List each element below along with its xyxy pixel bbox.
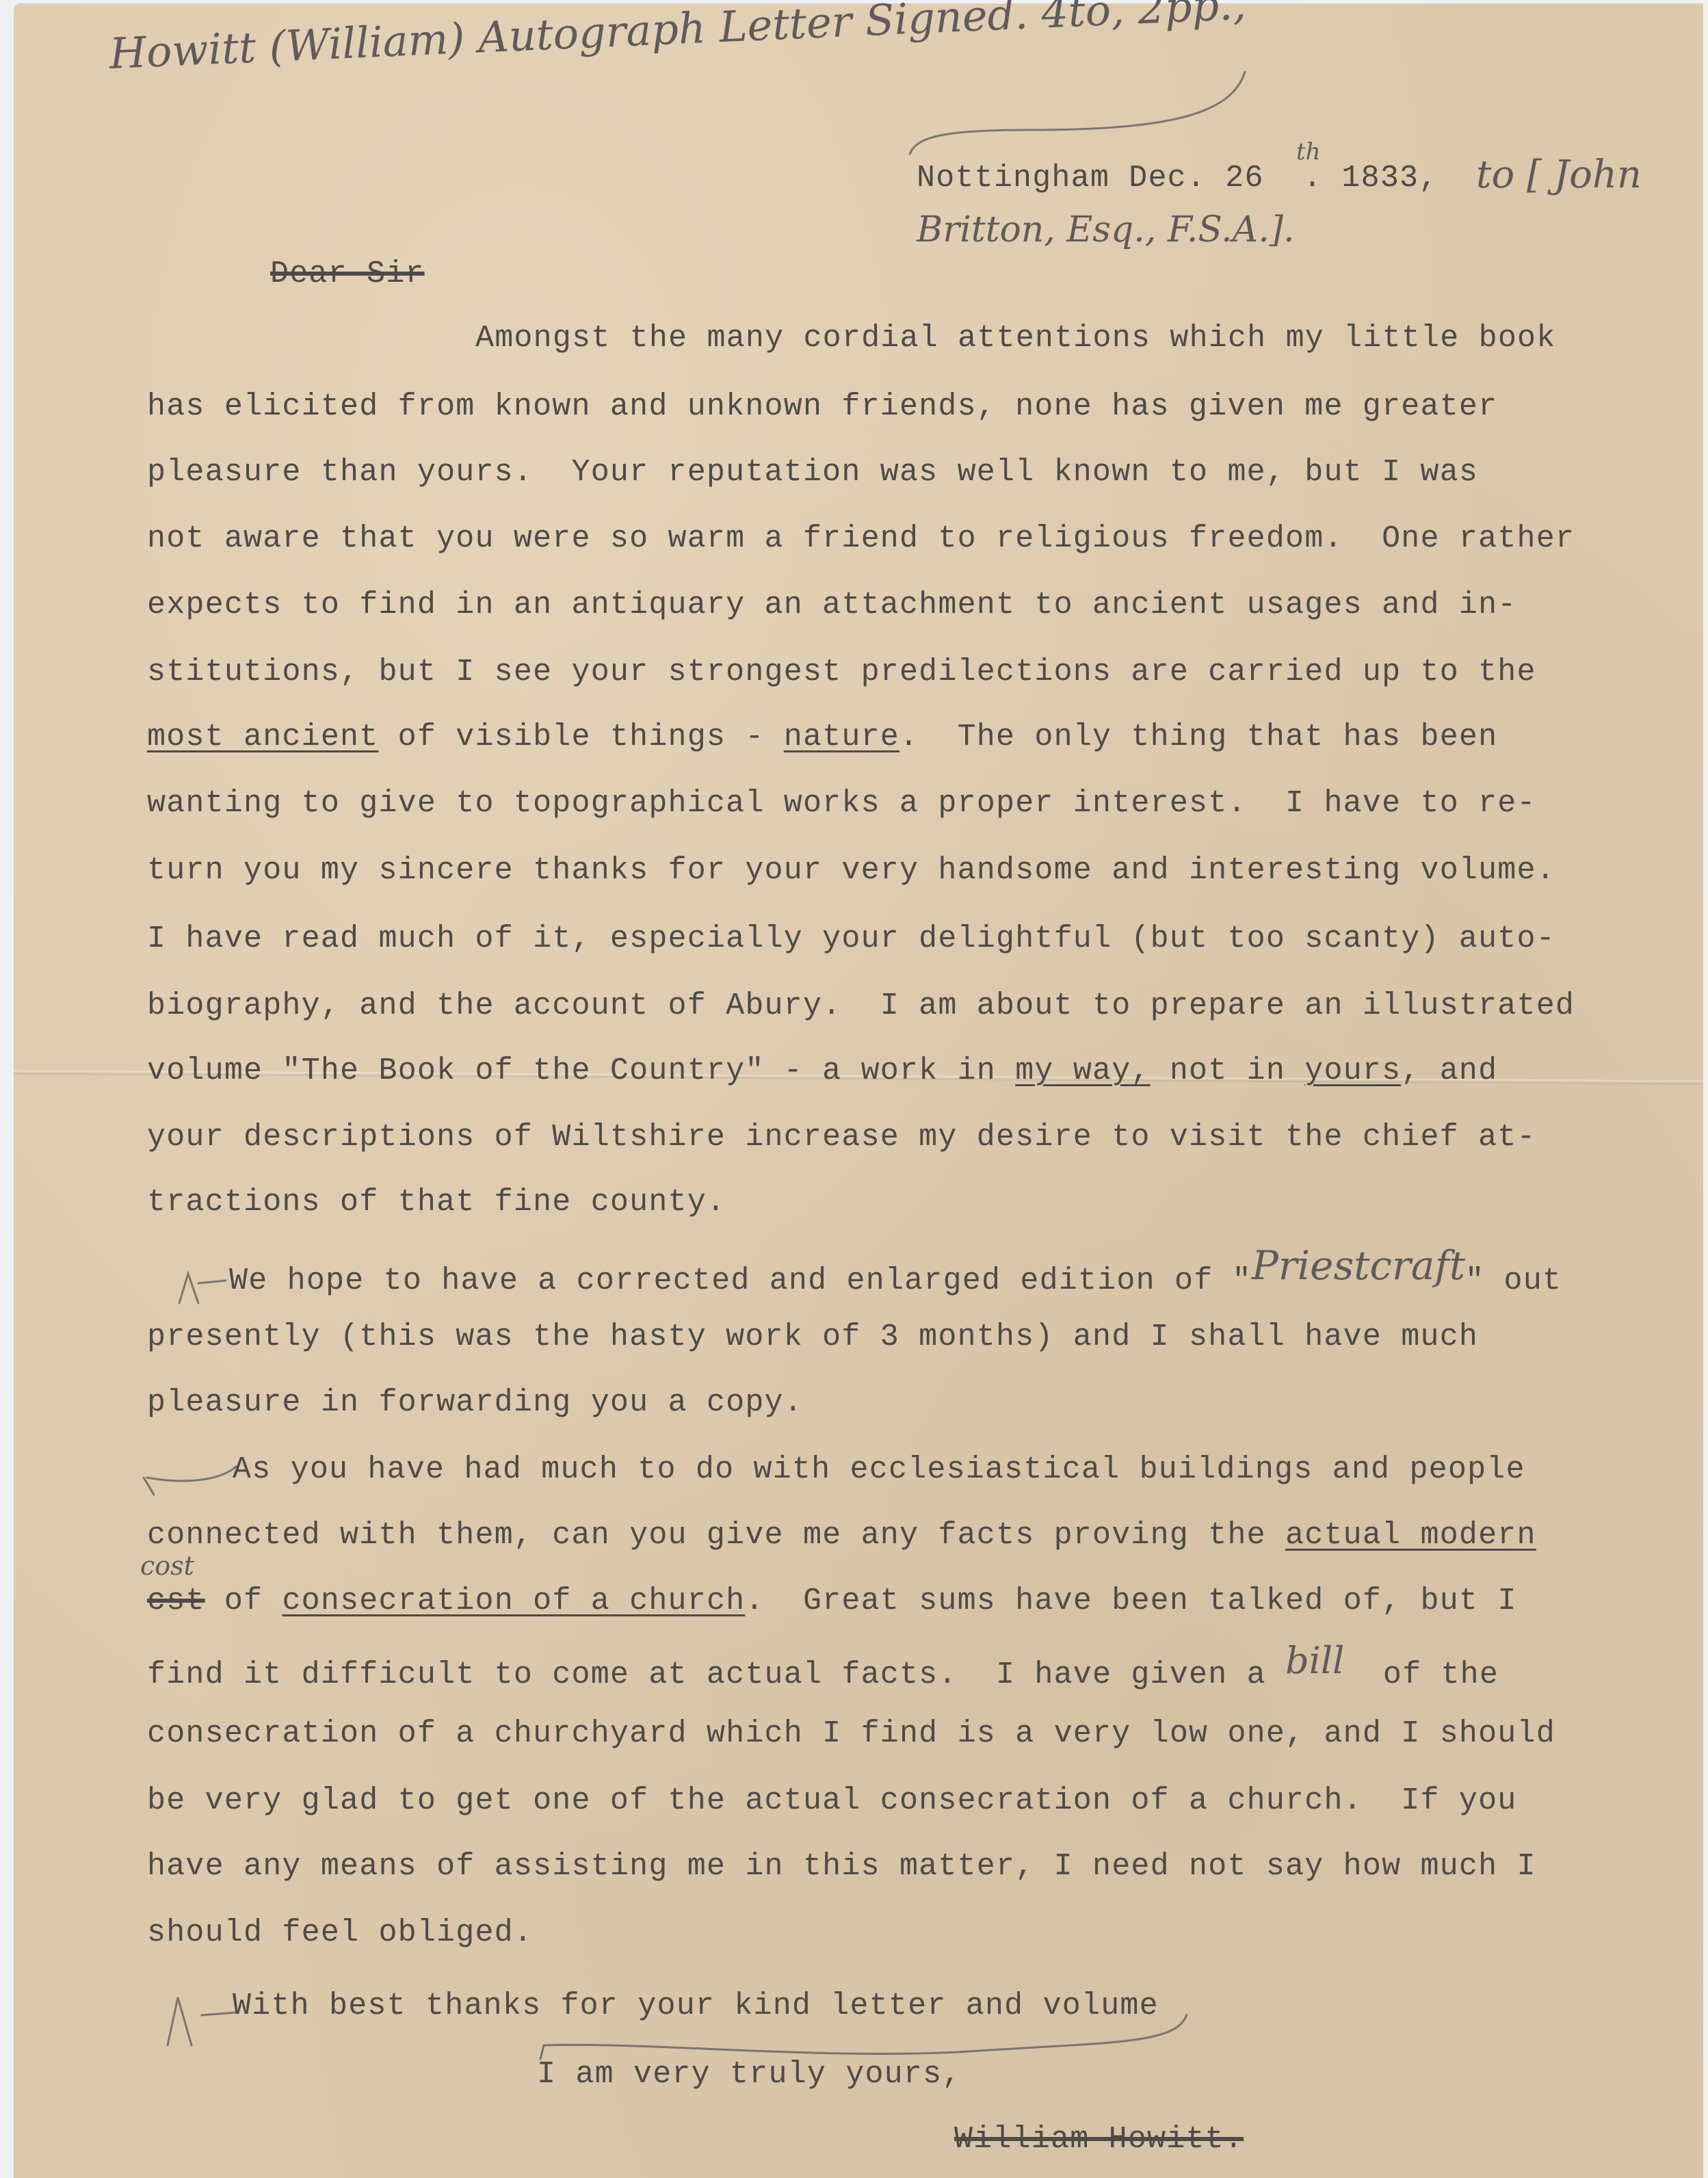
body-line: should feel obliged.	[147, 1917, 533, 1948]
body-line: pleasure in forwarding you a copy.	[147, 1387, 803, 1418]
underlined-actual-modern: actual modern	[1285, 1518, 1536, 1553]
dateline-year: . 1833,	[1303, 163, 1438, 194]
body-line: biography, and the account of Abury. I a…	[147, 990, 1575, 1021]
body-line: cst of consecration of a church. Great s…	[147, 1586, 1517, 1616]
body-text: We hope to have a corrected and enlarged…	[229, 1263, 1252, 1298]
body-line: not aware that you were so warm a friend…	[147, 523, 1575, 554]
body-line: We hope to have a corrected and enlarged…	[229, 1255, 1562, 1296]
dateline-place-date: Nottingham Dec. 26	[917, 163, 1264, 194]
body-text: . The only thing that has been	[899, 720, 1497, 755]
body-line: consecration of a churchyard which I fin…	[147, 1718, 1555, 1749]
body-text: volume "The Book of the Country" - a wor…	[147, 1053, 1015, 1088]
body-line: find it difficult to come at actual fact…	[147, 1652, 1499, 1690]
struck-cst: cst	[147, 1584, 205, 1618]
body-text: connected with them, can you give me any…	[147, 1518, 1285, 1553]
body-line: connected with them, can you give me any…	[147, 1520, 1536, 1551]
salutation-struck: Dear Sir	[270, 259, 425, 289]
body-text: of the	[1344, 1657, 1499, 1692]
underlined-yours: yours	[1304, 1053, 1401, 1088]
body-line: have any means of assisting me in this m…	[147, 1851, 1536, 1882]
body-line: tractions of that fine county.	[147, 1187, 726, 1218]
body-line: be very glad to get one of the actual co…	[147, 1785, 1517, 1816]
body-line: wanting to give to topographical works a…	[147, 788, 1536, 819]
body-line: your descriptions of Wiltshire increase …	[147, 1122, 1536, 1153]
body-line: most ancient of visible things - nature.…	[147, 722, 1497, 752]
body-line: pleasure than yours. Your reputation was…	[147, 457, 1478, 488]
underlined-most-ancient: most ancient	[147, 720, 378, 755]
body-text: of	[205, 1584, 283, 1618]
body-line: stitutions, but I see your strongest pre…	[147, 657, 1536, 687]
body-line: has elicited from known and unknown frie…	[147, 391, 1497, 422]
body-text: of visible things -	[378, 720, 783, 755]
valediction: I am very truly yours,	[537, 2059, 962, 2090]
closing-line: With best thanks for your kind letter an…	[233, 1991, 1159, 2021]
body-line: Amongst the many cordial attentions whic…	[475, 323, 1555, 354]
body-line: volume "The Book of the Country" - a wor…	[147, 1055, 1497, 1086]
body-text: not in	[1151, 1053, 1305, 1088]
body-line: expects to find in an antiquary an attac…	[147, 590, 1517, 620]
body-text: " out	[1465, 1263, 1562, 1298]
underlined-my-way: my way,	[1015, 1053, 1150, 1088]
handwritten-bill: bill	[1285, 1639, 1344, 1682]
body-line: I have read much of it, especially your …	[147, 923, 1555, 954]
body-text: find it difficult to come at actual fact…	[147, 1657, 1285, 1692]
underlined-consecration-of-a-church: consecration of a church	[282, 1584, 745, 1618]
dateline-superscript: th	[1296, 140, 1321, 163]
signature-struck: William Howitt.	[954, 2124, 1244, 2155]
body-line: As you have had much to do with ecclesia…	[233, 1454, 1525, 1485]
body-line: turn you my sincere thanks for your very…	[147, 855, 1555, 886]
body-text: . Great sums have been talked of, but I	[745, 1584, 1516, 1618]
recipient-note-1: to [ John	[1476, 156, 1642, 194]
underlined-nature: nature	[784, 720, 899, 755]
recipient-note-2: Britton, Esq., F.S.A.].	[917, 212, 1295, 248]
handwritten-priestcraft: Priestcraft	[1252, 1242, 1465, 1289]
body-text: , and	[1401, 1053, 1497, 1088]
handwritten-cost: cost	[140, 1553, 194, 1579]
body-line: presently (this was the hasty work of 3 …	[147, 1322, 1478, 1352]
